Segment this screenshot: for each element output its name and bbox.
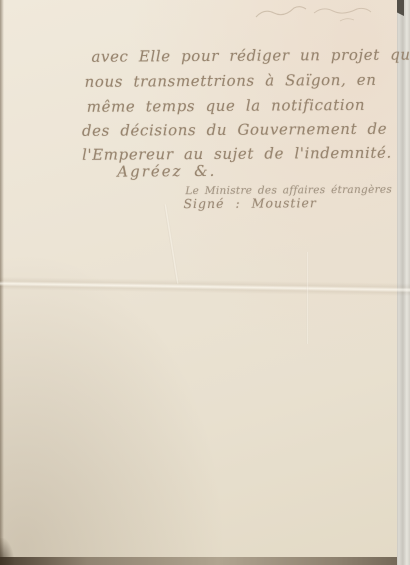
letter-paper: avec Elle pour rédiger un projet que nou… [0,0,397,565]
handwritten-line: même temps que la notification [87,97,365,116]
scanned-letter-photo: avec Elle pour rédiger un projet que nou… [0,0,410,565]
handwritten-line: des décisions du Gouvernement de [82,121,387,140]
handwritten-line: avec Elle pour rédiger un projet que [91,46,410,65]
handwritten-line: l'Empereur au sujet de l'indemnité. [82,145,392,164]
closing-salutation: Agréez &. [117,163,216,181]
signature-line: Signé : Moustier [183,194,316,212]
paper-bottom-edge-shadow [0,557,397,565]
letter-body: avec Elle pour rédiger un projet que nou… [0,0,399,565]
handwritten-line: nous transmettrions à Saïgon, en [85,72,377,91]
